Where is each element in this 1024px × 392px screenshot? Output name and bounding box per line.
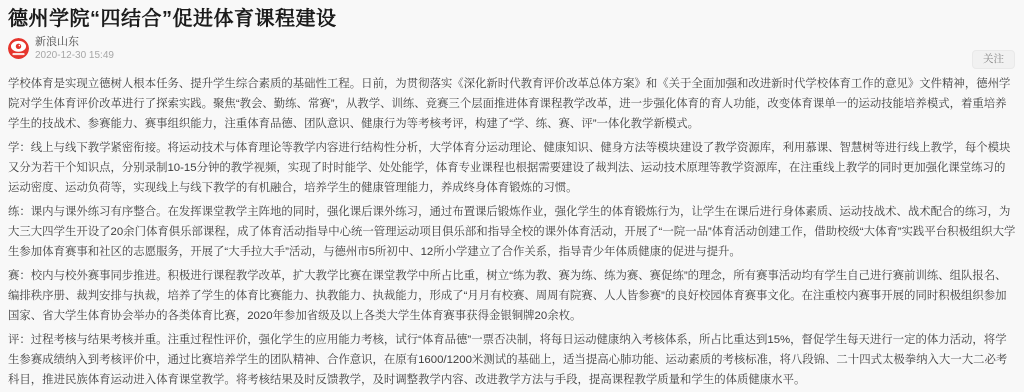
- article-paragraph: 赛：校内与校外赛事同步推进。积极进行课程教学改革，扩大教学比赛在课堂教学中所占比…: [8, 266, 1016, 326]
- source-avatar[interactable]: [8, 38, 29, 59]
- byline-meta: 新浪山东 2020-12-30 15:49: [35, 36, 114, 61]
- byline: 新浪山东 2020-12-30 15:49: [8, 37, 1016, 60]
- sina-logo-icon: [8, 38, 29, 59]
- article-paragraph: 练：课内与课外练习有序整合。在发挥课堂教学主阵地的同时，强化课后课外练习，通过布…: [8, 202, 1016, 262]
- follow-button[interactable]: 关注: [972, 50, 1015, 69]
- page-title: 德州学院“四结合”促进体育课程建设: [8, 8, 1016, 30]
- publish-datetime: 2020-12-30 15:49: [35, 50, 114, 61]
- article-body: 学校体育是实现立德树人根本任务、提升学生综合素质的基础性工程。日前，为贯彻落实《…: [8, 74, 1016, 390]
- article-paragraph: 学：线上与线下教学紧密衔接。将运动技术与体育理论等教学内容进行结构性分析，大学体…: [8, 138, 1016, 198]
- article-paragraph: 评：过程考核与结果考核并重。注重过程性评价，强化学生的应用能力考核，试行“体育品…: [8, 330, 1016, 390]
- article-paragraph: 学校体育是实现立德树人根本任务、提升学生综合素质的基础性工程。日前，为贯彻落实《…: [8, 74, 1016, 134]
- article-page: 德州学院“四结合”促进体育课程建设 新浪山东 2020-12-30 15:49 …: [0, 8, 1024, 390]
- source-name[interactable]: 新浪山东: [35, 36, 114, 48]
